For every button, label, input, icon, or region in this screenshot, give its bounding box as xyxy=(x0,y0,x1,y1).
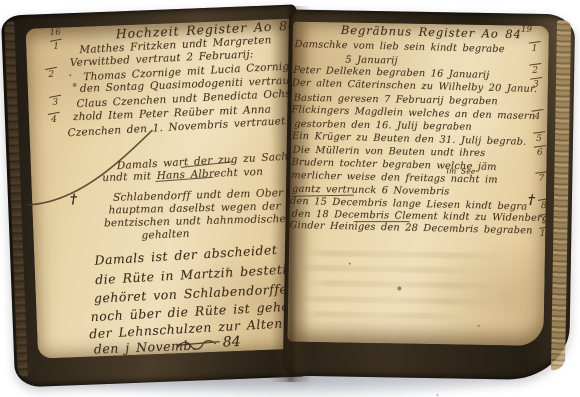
right-page-stack-edge xyxy=(551,20,571,370)
margin-cross-mark: † xyxy=(70,193,77,206)
bleed-through-marks xyxy=(303,250,513,260)
margin-number: 8 xyxy=(536,199,552,211)
right-page-heading: Begräbnus Register Ao 84 xyxy=(341,25,522,41)
margin-number-value: 10 xyxy=(540,228,552,238)
margin-number-value: 4 xyxy=(534,111,540,121)
left-folio-number: 16 xyxy=(50,29,62,38)
margin-number-value: 3 xyxy=(52,97,58,107)
margin-number: 4 xyxy=(529,110,545,122)
bleed-through-marks xyxy=(294,296,509,306)
margin-number-value: 7 xyxy=(538,173,544,183)
margin-number-value: 2 xyxy=(48,69,54,79)
margin-number-value: 1 xyxy=(532,43,538,53)
left-page-paper: 16 Hochzeit Register Ao 84 Matthes Fritz… xyxy=(25,19,305,359)
right-page-board: Begräbnus Register Ao 84 19 Damschke vom… xyxy=(283,10,575,381)
margin-number: 2 xyxy=(43,68,59,80)
margin-number: 5 xyxy=(531,132,547,144)
margin-number: 6 xyxy=(532,146,548,158)
manuscript-line: gehalten xyxy=(141,229,189,241)
margin-number-value: 3 xyxy=(533,79,539,89)
manuscript-line: 5 Januarij xyxy=(345,56,398,67)
bleed-through-marks xyxy=(297,265,487,274)
underline-stroke xyxy=(354,221,410,222)
margin-number: 3 xyxy=(47,95,63,107)
ink-specks xyxy=(349,263,351,265)
margin-number-value: 9 xyxy=(542,215,548,225)
margin-number-value: 4 xyxy=(51,114,57,124)
manuscript-line: Damschke vom lieb sein kindt begrabe xyxy=(294,40,504,55)
year-flourish xyxy=(175,337,222,353)
margin-number: 7 xyxy=(533,172,549,184)
manuscript-photo: 16 Hochzeit Register Ao 84 Matthes Fritz… xyxy=(0,0,580,397)
margin-number-value: 6 xyxy=(537,147,543,157)
margin-number-value: 8 xyxy=(541,200,547,210)
margin-number: 4 xyxy=(46,113,62,125)
margin-number-value: 5 xyxy=(536,133,542,143)
margin-number: 2 xyxy=(527,64,543,76)
margin-cross-mark: † xyxy=(528,194,535,207)
right-page-paper: Begräbnus Register Ao 84 19 Damschke vom… xyxy=(287,22,549,346)
bleed-through-marks xyxy=(304,280,509,290)
margin-number: 1 xyxy=(48,39,64,51)
year-number: 84 xyxy=(222,335,241,350)
margin-number: 3 xyxy=(528,78,544,90)
margin-number-value: 2 xyxy=(532,65,538,75)
ink-specks xyxy=(69,74,71,76)
bleed-through-marks xyxy=(300,311,475,320)
margin-number-value: 1 xyxy=(53,41,59,51)
margin-number: 10 xyxy=(537,227,553,239)
manuscript-line: Ginder Heiniges den 28 Decembris begrabe… xyxy=(289,221,532,236)
margin-number: 1 xyxy=(526,42,542,54)
margin-number: 9 xyxy=(536,214,552,226)
left-page-board: 16 Hochzeit Register Ao 84 Matthes Fritz… xyxy=(1,4,311,387)
right-folio-number: 19 xyxy=(521,26,532,35)
